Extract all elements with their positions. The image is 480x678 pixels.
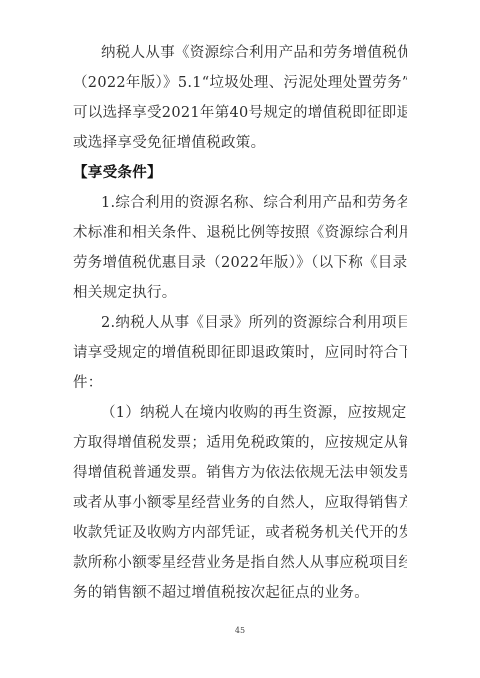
paragraph-line: 款所称小额零星经营业务是指自然人从事应税项目经营业 [73, 553, 407, 573]
paragraph-line: 或选择享受免征增值税政策。 [73, 133, 407, 153]
paragraph-line: 相关规定执行。 [73, 283, 407, 303]
paragraph-line: 2.纳税人从事《目录》所列的资源综合利用项目，其申 [101, 313, 407, 333]
paragraph-line: （1）纳税人在境内收购的再生资源，应按规定从销售 [101, 403, 407, 423]
paragraph-line: 或者从事小额零星经营业务的自然人，应取得销售方开具的 [73, 493, 407, 513]
paragraph-line: 劳务增值税优惠目录（2022年版）》（以下称《目录》）的 [73, 253, 407, 273]
section-heading: 【享受条件】 [73, 163, 407, 183]
paragraph-line: 件： [73, 373, 407, 393]
paragraph-line: 方取得增值税发票；适用免税政策的，应按规定从销售方取 [73, 433, 407, 453]
page-number: 45 [230, 626, 250, 635]
paragraph-line: 收款凭证及收购方内部凭证，或者税务机关代开的发票。本 [73, 523, 407, 543]
paragraph-line: 可以选择享受2021年第40号规定的增值税即征即退政策， [73, 103, 407, 123]
paragraph-line: 术标准和相关条件、退税比例等按照《资源综合利用产品和 [73, 223, 407, 243]
paragraph-line: （2022年版）》5.1“垃圾处理、污泥处理处置劳务”项目， [73, 73, 407, 93]
paragraph-line: 1.综合利用的资源名称、综合利用产品和劳务名称、技 [101, 193, 407, 213]
paragraph-line: 请享受规定的增值税即征即退政策时，应同时符合下列条 [73, 343, 407, 363]
paragraph-line: 务的销售额不超过增值税按次起征点的业务。 [73, 583, 407, 603]
paragraph-line: 纳税人从事《资源综合利用产品和劳务增值税优惠目录 [101, 43, 407, 63]
document-page: 纳税人从事《资源综合利用产品和劳务增值税优惠目录 （2022年版）》5.1“垃圾… [0, 0, 480, 678]
paragraph-line: 得增值税普通发票。销售方为依法依规无法申领发票的单位 [73, 463, 407, 483]
